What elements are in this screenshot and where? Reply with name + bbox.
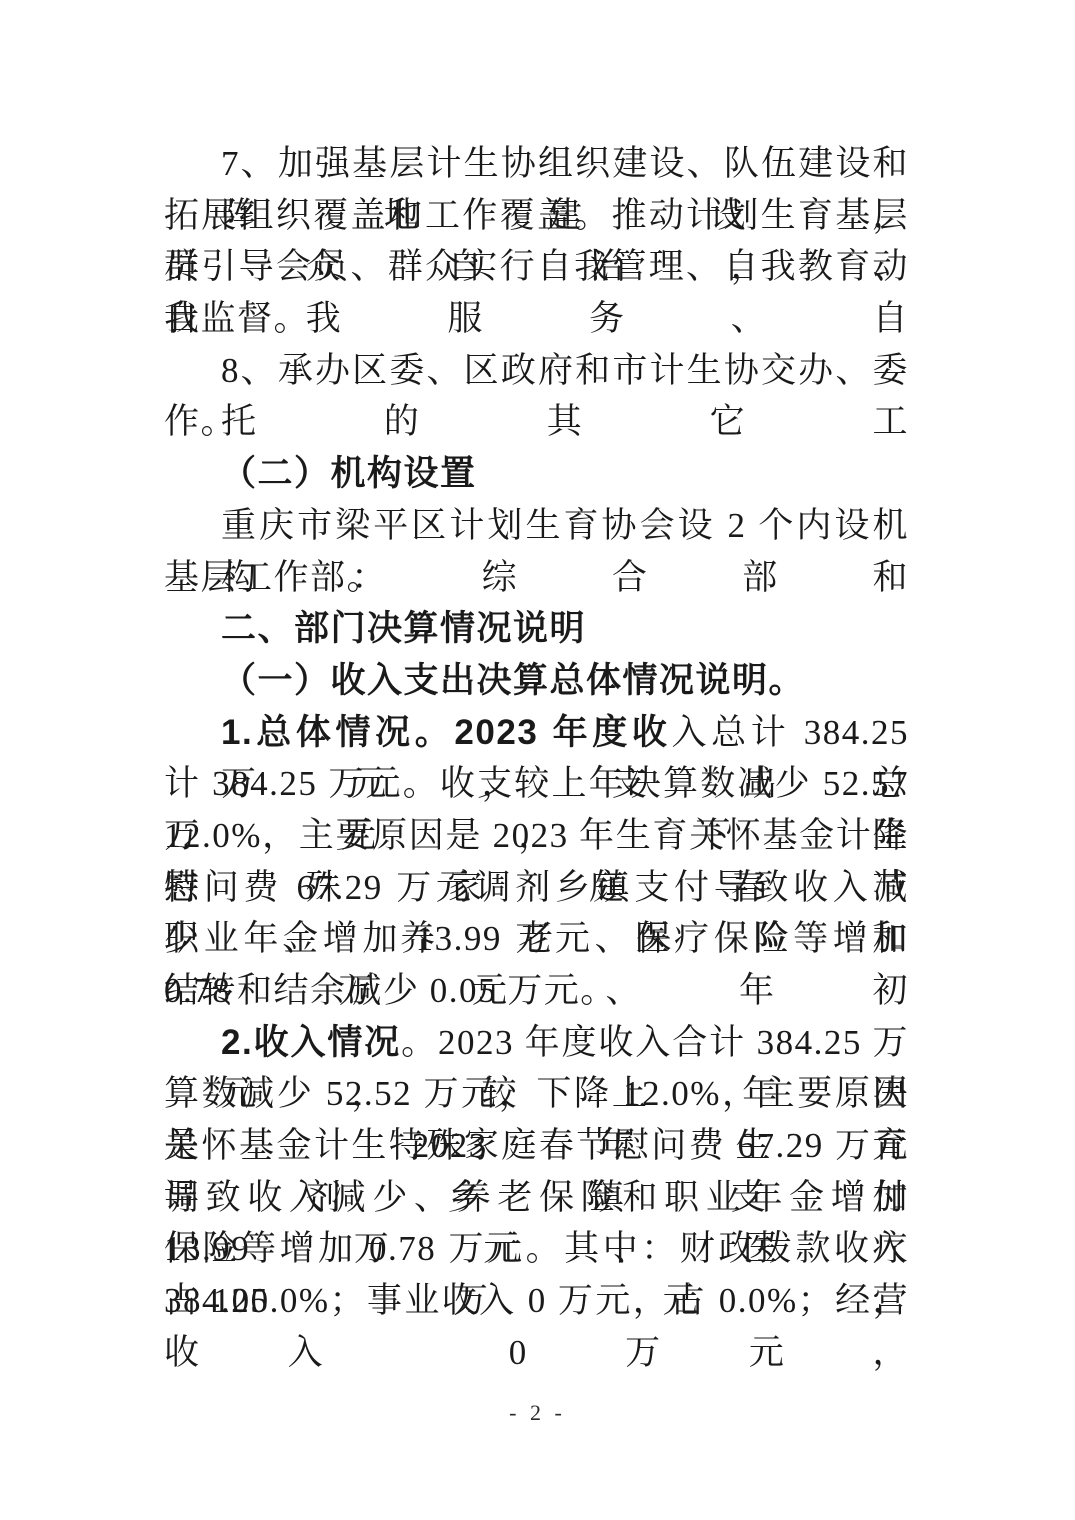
text-line: 1.总体情况。2023 年度收入总计 384.25 万元，支出总 (164, 707, 909, 759)
text-line: 12.0%，主要原因是 2023 年生育关怀基金计生特殊家庭春节 (164, 810, 909, 862)
text-line: 7、加强基层计生协组织建设、队伍建设和阵地建设， (164, 138, 909, 190)
document-page: 7、加强基层计生协组织建设、队伍建设和阵地建设，拓展组织覆盖和工作覆盖。推动计划… (0, 0, 1075, 1520)
text-line: （二）机构设置 (164, 448, 909, 500)
text-line: 重庆市梁平区计划生育协会设 2 个内设机构：综合部和 (164, 500, 909, 552)
body-text-run: 我监督。 (164, 299, 310, 338)
body-text-run: 8、承办区委、区政府和市计生协交办、委托的其它工 (221, 351, 909, 442)
page-number: - 2 - (0, 1400, 1075, 1426)
text-line: 保险等增加 0.78 万元。其中：财政拨款收入 384.25 万元， (164, 1223, 909, 1275)
text-line: 拓展组织覆盖和工作覆盖。推动计划生育基层群众自治，动 (164, 190, 909, 242)
text-line: 导致收入减少、养老保险和职业年金增加 13.99 万元、医疗 (164, 1172, 909, 1224)
text-line: 慰问费 67.29 万元调剂乡镇支付导致收入减少、养老保险和 (164, 862, 909, 914)
text-line: （一）收入支出决算总体情况说明。 (164, 655, 909, 707)
text-line: 二、部门决算情况说明 (164, 603, 909, 655)
body-text-run: 占 100.0%；事业收入 0 万元，占 0.0%；经营收入 0 万元， (164, 1281, 909, 1372)
heading-text-run: 1.总体情况。2023 年度收 (221, 713, 672, 752)
text-line: 职业年金增加 13.99 万元、医疗保险等增加 0.78 万元、年初 (164, 913, 909, 965)
heading-text-run: 二、部门决算情况说明 (221, 609, 586, 648)
body-text-run: 结转和结余减少 0.05 万元。 (164, 971, 617, 1010)
heading-text-run: （二）机构设置 (221, 454, 477, 493)
heading-text-run: 2.收入情况 (221, 1023, 401, 1062)
text-line: 占 100.0%；事业收入 0 万元，占 0.0%；经营收入 0 万元， (164, 1275, 909, 1327)
body-text-run: 作。 (164, 402, 237, 441)
text-line: 计 384.25 万元。收支较上年决算数减少 52.57 万元，下降 (164, 758, 909, 810)
text-line: 8、承办区委、区政府和市计生协交办、委托的其它工 (164, 345, 909, 397)
body-text-run: 基层工作部。 (164, 558, 383, 597)
text-line: 员引导会员、群众实行自我管理、自我教育、自我服务、自 (164, 241, 909, 293)
document-text-block: 7、加强基层计生协组织建设、队伍建设和阵地建设，拓展组织覆盖和工作覆盖。推动计划… (164, 138, 909, 1327)
text-line: 关怀基金计生特殊家庭春节慰问费 67.29 万元调剂乡镇支付 (164, 1120, 909, 1172)
heading-text-run: （一）收入支出决算总体情况说明。 (221, 661, 805, 700)
text-line: 2.收入情况。2023 年度收入合计 384.25 万元，较上年决 (164, 1017, 909, 1069)
text-line: 算数减少 52.52 万元，下降 12.0%，主要原因是 2023 年生育 (164, 1068, 909, 1120)
